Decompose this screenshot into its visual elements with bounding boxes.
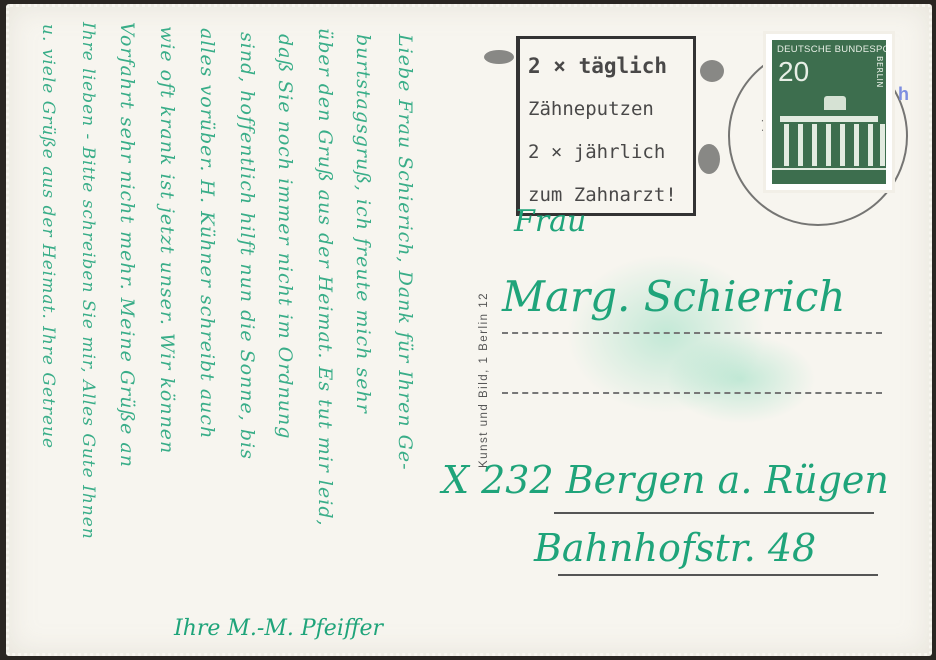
stamp-issuer: DEUTSCHE BUNDESPOST <box>772 40 886 55</box>
message-line: Ihre lieben - Bitte schreiben Sie mir, A… <box>78 22 98 540</box>
message-line: burtstagsgruß, ich freute mich sehr <box>352 34 374 414</box>
message-line: Liebe Frau Schierich, Dank für Ihren Ge- <box>394 34 416 471</box>
slogan-line: 2 × täglich <box>528 45 685 88</box>
stamp-side-text: BERLIN <box>875 56 884 88</box>
message-line: sind, hoffentlich hilft nun die Sonne, b… <box>236 32 258 460</box>
address-line <box>502 392 882 394</box>
address-salutation: Frau <box>514 204 586 239</box>
message-line: wie oft krank ist jetzt unser. Wir könne… <box>156 26 178 454</box>
postage-stamp: DEUTSCHE BUNDESPOST 20 BERLIN <box>766 34 892 190</box>
address-street: Bahnhofstr. 48 <box>534 526 816 570</box>
violet-mark: h <box>898 84 909 105</box>
ink-wash <box>666 334 816 424</box>
slogan-line: 2 × jährlich <box>528 131 685 174</box>
address-line <box>558 574 878 576</box>
address-line <box>554 512 874 514</box>
publisher-imprint: Kunst und Bild, 1 Berlin 12 <box>478 292 490 468</box>
message-line: daß Sie noch immer nicht im Ordnung <box>274 34 296 439</box>
ink-smudge <box>700 60 724 82</box>
message-line: über den Gruß aus der Heimat. Es tut mir… <box>314 28 336 527</box>
address-city: X 232 Bergen a. Rügen <box>442 458 889 502</box>
message-line: alles vorüber. H. Kühner schreibt auch <box>196 28 218 439</box>
message-line: Vorfahrt sehr nicht mehr. Meine Grüße an <box>116 22 138 468</box>
ink-smudge <box>484 50 514 64</box>
slogan-cancellation: 2 × täglich Zähneputzen 2 × jährlich zum… <box>516 36 696 216</box>
message-line: u. viele Grüße aus der Heimat. Ihre Getr… <box>38 24 58 449</box>
slogan-line: Zähneputzen <box>528 88 685 131</box>
postcard-back: Liebe Frau Schierich, Dank für Ihren Ge-… <box>6 4 932 656</box>
stamp-denomination: 20 <box>772 56 886 88</box>
ink-smudge <box>698 144 720 174</box>
address-line <box>502 332 882 334</box>
brandenburg-gate-icon <box>780 108 878 166</box>
address-name: Marg. Schierich <box>502 272 845 321</box>
signature: Ihre M.-M. Pfeiffer <box>174 616 383 641</box>
